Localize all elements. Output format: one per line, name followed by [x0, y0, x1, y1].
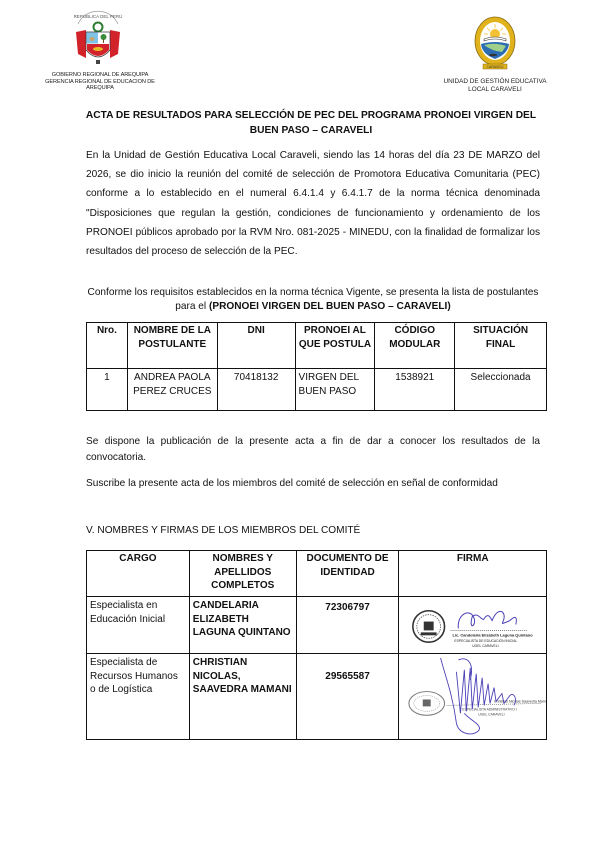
left-institution-line: GERENCIA REGIONAL DE EDUCACION DE: [40, 79, 160, 86]
cell-cargo: Especialista de Recursos Humanos o de Lo…: [87, 654, 190, 740]
signature-stamp-icon: Christian Nicolas Saavedra Mamani ESPECI…: [399, 654, 546, 739]
cell-codigo: 1538921: [375, 369, 455, 411]
ugel-caraveli-emblem-icon: CARAVELI: [470, 14, 520, 76]
document-title: ACTA DE RESULTADOS PARA SELECCIÓN DE PEC…: [80, 109, 542, 138]
results-table: Nro. NOMBRE DE LA POSTULANTE DNI PRONOEI…: [86, 322, 547, 411]
cell-documento: 29565587: [296, 654, 399, 740]
cell-dni: 70418132: [217, 369, 295, 411]
right-institution-line: LOCAL CARAVELI: [425, 86, 565, 94]
svg-text:Christian Nicolas Saavedra Mam: Christian Nicolas Saavedra Mamani: [495, 699, 546, 703]
table-row: 1 ANDREA PAOLA PEREZ CRUCES 70418132 VIR…: [87, 369, 547, 411]
svg-text:ESPECIALISTA ADMINISTRATIVO I: ESPECIALISTA ADMINISTRATIVO I: [463, 707, 517, 711]
title-line: BUEN PASO – CARAVELI: [80, 124, 542, 139]
header-firma: FIRMA: [399, 551, 547, 597]
cell-cargo: Especialista en Educación Inicial: [87, 597, 190, 654]
header-nombres: NOMBRES Y APELLIDOS COMPLETOS: [189, 551, 296, 597]
left-institution-line: AREQUIPA: [40, 85, 160, 92]
header-dni: DNI: [217, 323, 295, 369]
header-nombre: NOMBRE DE LA POSTULANTE: [127, 323, 217, 369]
svg-text:UGEL CARAVELI: UGEL CARAVELI: [473, 644, 499, 648]
title-line: ACTA DE RESULTADOS PARA SELECCIÓN DE PEC…: [80, 109, 542, 124]
header-codigo: CÓDIGO MODULAR: [375, 323, 455, 369]
svg-text:Lic. Candelaria Elizabeth Lagu: Lic. Candelaria Elizabeth Laguna Quintan…: [453, 632, 534, 637]
subscribe-paragraph: Suscribe la presente acta de los miembro…: [86, 476, 540, 492]
cell-documento: 72306797: [296, 597, 399, 654]
header-documento: DOCUMENTO DE IDENTIDAD: [296, 551, 399, 597]
cell-nombre: CANDELARIA ELIZABETH LAGUNA QUINTANO: [189, 597, 296, 654]
list-intro-program: (PRONOEI VIRGEN DEL BUEN PASO – CARAVELI…: [209, 301, 451, 312]
cell-firma: Lic. Candelaria Elizabeth Laguna Quintan…: [399, 597, 547, 654]
table-row: Especialista en Educación Inicial CANDEL…: [87, 597, 547, 654]
signature-stamp-icon: Lic. Candelaria Elizabeth Laguna Quintan…: [399, 597, 546, 653]
cell-nombre: ANDREA PAOLA PEREZ CRUCES: [127, 369, 217, 411]
header-situacion: SITUACIÓN FINAL: [455, 323, 547, 369]
cell-nro: 1: [87, 369, 128, 411]
cell-nombre: CHRISTIAN NICOLAS, SAAVEDRA MAMANI: [189, 654, 296, 740]
right-institution-line: UNIDAD DE GESTIÓN EDUCATIVA: [425, 78, 565, 86]
cell-firma: Christian Nicolas Saavedra Mamani ESPECI…: [399, 654, 547, 740]
svg-text:UGEL CARAVELI: UGEL CARAVELI: [479, 712, 505, 716]
header-pronoei: PRONOEI AL QUE POSTULA: [295, 323, 375, 369]
cell-pronoei: VIRGEN DEL BUEN PASO: [295, 369, 375, 411]
results-table-header: Nro. NOMBRE DE LA POSTULANTE DNI PRONOEI…: [87, 323, 547, 369]
right-institution-name: UNIDAD DE GESTIÓN EDUCATIVA LOCAL CARAVE…: [425, 78, 565, 94]
committee-table-header: CARGO NOMBRES Y APELLIDOS COMPLETOS DOCU…: [87, 551, 547, 597]
list-intro-paragraph: Conforme los requisitos establecidos en …: [84, 286, 542, 314]
svg-text:CARAVELI: CARAVELI: [486, 65, 503, 69]
svg-text:ESPECIALISTA DE EDUCACIÓN INIC: ESPECIALISTA DE EDUCACIÓN INICIAL: [455, 638, 518, 643]
peru-coat-of-arms-icon: REPÚBLICA DEL PERÚ: [72, 10, 124, 72]
left-institution-line: GOBIERNO REGIONAL DE AREQUIPA: [40, 72, 160, 79]
header-nro: Nro.: [87, 323, 128, 369]
intro-paragraph: En la Unidad de Gestión Educativa Local …: [86, 146, 540, 261]
committee-heading: V. NOMBRES Y FIRMAS DE LOS MIEMBROS DEL …: [86, 525, 360, 536]
committee-table: CARGO NOMBRES Y APELLIDOS COMPLETOS DOCU…: [86, 550, 547, 740]
cell-situacion: Seleccionada: [455, 369, 547, 411]
svg-text:REPÚBLICA DEL PERÚ: REPÚBLICA DEL PERÚ: [74, 13, 123, 19]
left-institution-name: GOBIERNO REGIONAL DE AREQUIPA GERENCIA R…: [40, 72, 160, 92]
table-row: Especialista de Recursos Humanos o de Lo…: [87, 654, 547, 740]
publication-paragraph: Se dispone la publicación de la presente…: [86, 434, 540, 466]
header-cargo: CARGO: [87, 551, 190, 597]
